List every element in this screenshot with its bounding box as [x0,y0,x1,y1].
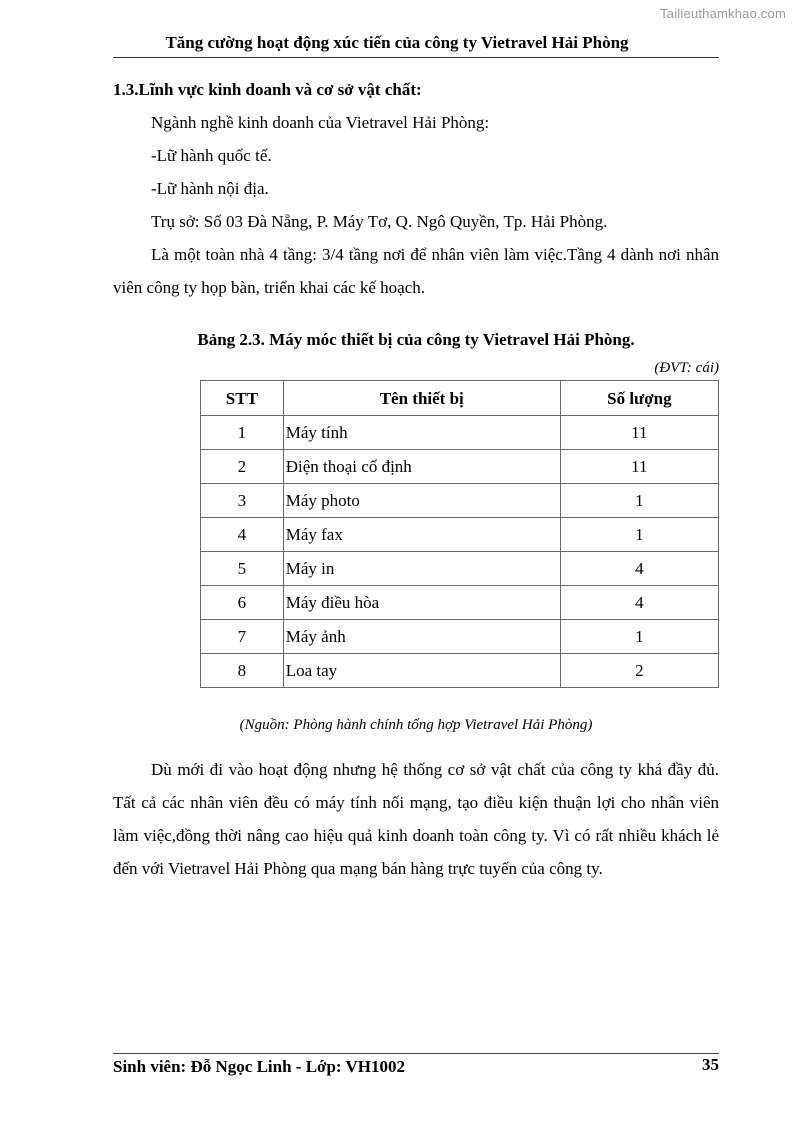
cell-quantity: 1 [560,620,718,654]
footer-student-info: Sinh viên: Đỗ Ngọc Linh - Lớp: VH1002 [113,1057,405,1077]
table-source: (Nguồn: Phòng hành chính tổng hợp Vietra… [113,712,719,738]
paragraph-business-lines: Ngành nghề kinh doanh của Vietravel Hải … [113,106,719,139]
header-divider [113,57,719,58]
footer-divider [113,1053,719,1054]
table-row: 8Loa tay2 [201,654,719,688]
cell-equipment-name: Máy photo [283,484,560,518]
paragraph-facilities: Dù mới đi vào hoạt động nhưng hệ thống c… [113,753,719,885]
cell-quantity: 11 [560,450,718,484]
cell-quantity: 11 [560,416,718,450]
table-row: 6Máy điều hòa4 [201,586,719,620]
cell-stt: 8 [201,654,284,688]
equipment-table: STT Tên thiết bị Số lượng 1Máy tính112Đi… [200,380,719,688]
page-number: 35 [702,1055,719,1075]
cell-equipment-name: Loa tay [283,654,560,688]
table-row: 4Máy fax1 [201,518,719,552]
list-item-domestic: -Lữ hành nội địa. [113,172,719,205]
cell-equipment-name: Điện thoại cố định [283,450,560,484]
cell-stt: 5 [201,552,284,586]
cell-quantity: 4 [560,586,718,620]
paragraph-building: Là một toàn nhà 4 tầng: 3/4 tầng nơi để … [113,238,719,304]
cell-equipment-name: Máy tính [283,416,560,450]
cell-stt: 6 [201,586,284,620]
cell-stt: 4 [201,518,284,552]
column-header-equipment: Tên thiết bị [283,381,560,416]
cell-equipment-name: Máy ảnh [283,620,560,654]
cell-stt: 7 [201,620,284,654]
table-row: 1Máy tính11 [201,416,719,450]
column-header-stt: STT [201,381,284,416]
table-row: 2Điện thoại cố định11 [201,450,719,484]
cell-equipment-name: Máy fax [283,518,560,552]
cell-equipment-name: Máy điều hòa [283,586,560,620]
column-header-quantity: Số lượng [560,381,718,416]
table-row: 7Máy ảnh1 [201,620,719,654]
cell-quantity: 1 [560,484,718,518]
cell-equipment-name: Máy in [283,552,560,586]
cell-stt: 3 [201,484,284,518]
cell-stt: 1 [201,416,284,450]
table-caption: Bảng 2.3. Máy móc thiết bị của công ty V… [113,323,719,356]
cell-quantity: 4 [560,552,718,586]
paragraph-headquarters: Trụ sở: Số 03 Đà Nẵng, P. Máy Tơ, Q. Ngô… [113,205,719,238]
table-row: 3Máy photo1 [201,484,719,518]
cell-quantity: 1 [560,518,718,552]
watermark: Tailieuthamkhao.com [660,6,786,21]
table-row: 5Máy in4 [201,552,719,586]
running-header-title: Tăng cường hoạt động xúc tiến của công t… [0,33,794,53]
page-content: 1.3.Lĩnh vực kinh doanh và cơ sở vật chấ… [113,73,719,885]
cell-quantity: 2 [560,654,718,688]
list-item-international: -Lữ hành quốc tế. [113,139,719,172]
section-heading: 1.3.Lĩnh vực kinh doanh và cơ sở vật chấ… [113,73,719,106]
table-unit: (ĐVT: cái) [113,356,719,380]
cell-stt: 2 [201,450,284,484]
table-header-row: STT Tên thiết bị Số lượng [201,381,719,416]
